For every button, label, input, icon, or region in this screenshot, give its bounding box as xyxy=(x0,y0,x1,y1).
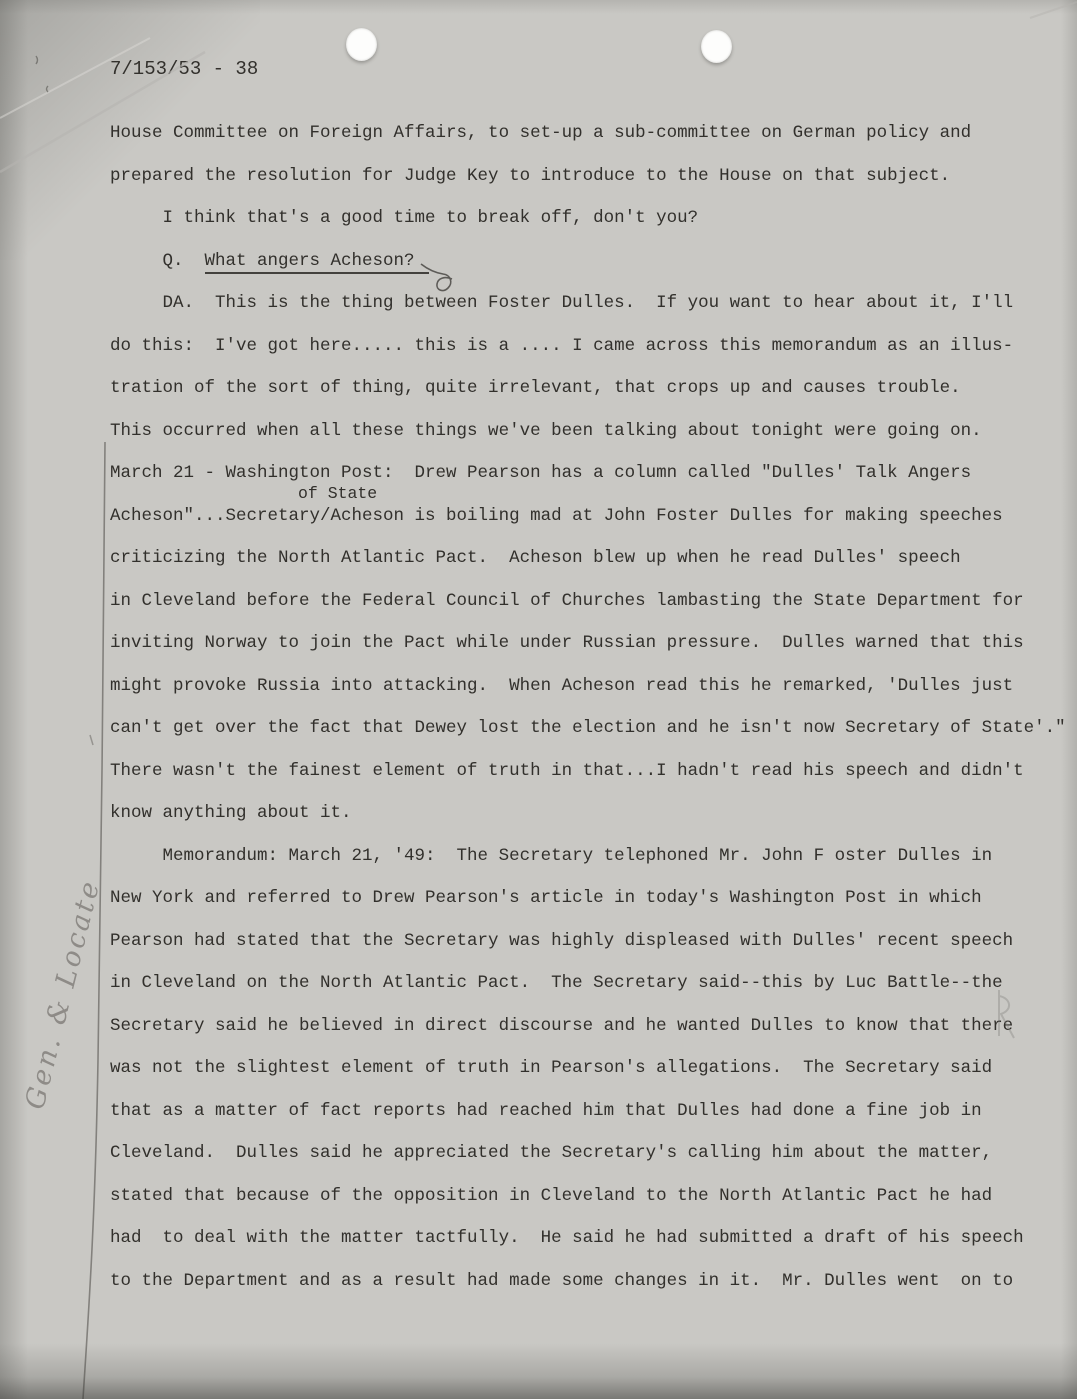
text-line: in Cleveland before the Federal Council … xyxy=(110,580,1075,623)
text-line: Pearson had stated that the Secretary wa… xyxy=(110,920,1075,963)
text-line: do this: I've got here..... this is a ..… xyxy=(110,325,1075,368)
text-line: in Cleveland on the North Atlantic Pact.… xyxy=(110,962,1075,1005)
text-line: New York and referred to Drew Pearson's … xyxy=(110,877,1075,920)
text-line: DA. This is the thing between Foster Dul… xyxy=(110,282,1075,325)
text-line: to the Department and as a result had ma… xyxy=(110,1260,1075,1303)
text-line: Acheson"...Secretary/Acheson is boiling … xyxy=(110,495,1075,538)
hole-punch-right xyxy=(701,30,732,63)
text-line: I think that's a good time to break off,… xyxy=(110,197,1075,240)
text-line: that as a matter of fact reports had rea… xyxy=(110,1090,1075,1133)
hole-punch-left xyxy=(346,28,377,61)
paper-left-edge-shadow xyxy=(0,0,28,1399)
scanned-document-page: 7/153/53 - 38 House Committee on Foreign… xyxy=(0,0,1077,1399)
text-line: There wasn't the fainest element of trut… xyxy=(110,750,1075,793)
text-line: stated that because of the opposition in… xyxy=(110,1175,1075,1218)
text-line: can't get over the fact that Dewey lost … xyxy=(110,707,1075,750)
text-line: Cleveland. Dulles said he appreciated th… xyxy=(110,1132,1075,1175)
text-line: tration of the sort of thing, quite irre… xyxy=(110,367,1075,410)
question-line: Q. What angers Acheson? xyxy=(110,240,1075,283)
text-line: March 21 - Washington Post: Drew Pearson… xyxy=(110,452,1075,495)
paper-top-edge-shadow xyxy=(0,0,1077,14)
text-line: was not the slightest element of truth i… xyxy=(110,1047,1075,1090)
text-line: might provoke Russia into attacking. Whe… xyxy=(110,665,1075,708)
document-text: House Committee on Foreign Affairs, to s… xyxy=(110,112,1075,1302)
text-line: know anything about it. xyxy=(110,792,1075,835)
question-underlined-text: What angers Acheson? xyxy=(205,251,429,274)
interline-insert-of-state: of State xyxy=(298,484,377,503)
text-line: Secretary said he believed in direct dis… xyxy=(110,1005,1075,1048)
text-line: had to deal with the matter tactfully. H… xyxy=(110,1217,1075,1260)
paper-bottom-edge-shadow xyxy=(0,1343,1077,1399)
text-line: House Committee on Foreign Affairs, to s… xyxy=(110,112,1075,155)
text-line: Memorandum: March 21, '49: The Secretary… xyxy=(110,835,1075,878)
text-line: criticizing the North Atlantic Pact. Ach… xyxy=(110,537,1075,580)
question-prefix: Q. xyxy=(110,251,205,271)
text-line: This occurred when all these things we'v… xyxy=(110,410,1075,453)
pencil-tick-mark xyxy=(90,735,93,745)
text-line: prepared the resolution for Judge Key to… xyxy=(110,155,1075,198)
text-line: inviting Norway to join the Pact while u… xyxy=(110,622,1075,665)
page-number: 7/153/53 - 38 xyxy=(110,58,258,80)
